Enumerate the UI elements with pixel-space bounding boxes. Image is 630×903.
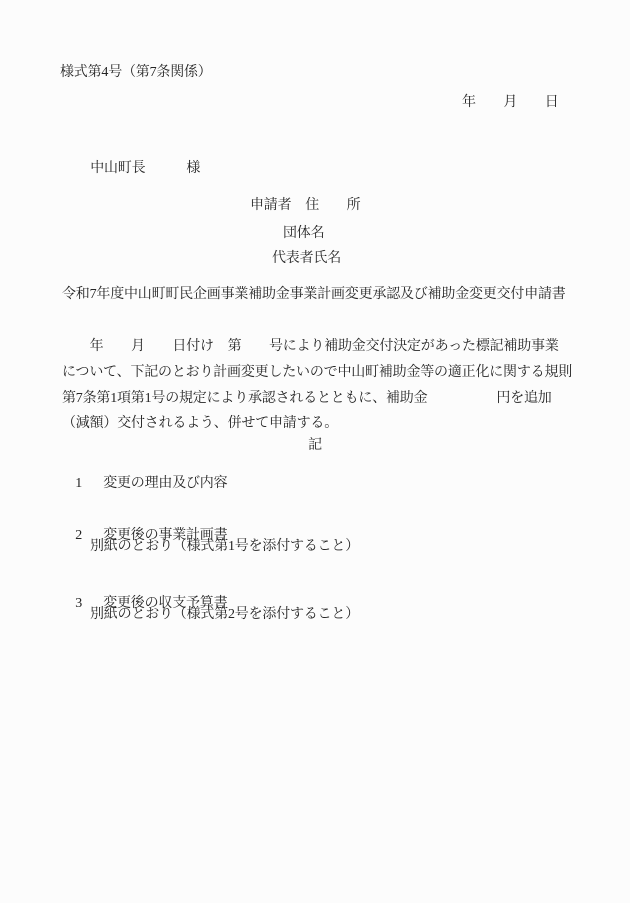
body-paragraph-line-3: 第7条第1項第1号の規定により承認されるとともに、補助金 円を追加 bbox=[62, 391, 552, 406]
body-paragraph-line-2: について、下記のとおり計画変更したいので中山町補助金等の適正化に関する規則 bbox=[62, 365, 572, 380]
applicant-representative-label: 代表者氏名 bbox=[272, 251, 341, 266]
addressee-honorific: 様 bbox=[186, 161, 200, 176]
list-item-2-note: 別紙のとおり（様式第1号を添付すること） bbox=[90, 539, 359, 554]
applicant-organization-label: 団体名 bbox=[283, 226, 324, 241]
document-title: 令和7年度中山町町民企画事業補助金事業計画変更承認及び補助金変更交付申請書 bbox=[62, 287, 566, 302]
addressee-name: 中山町長 bbox=[90, 161, 145, 176]
applicant-address-label: 申請者 住 所 bbox=[250, 198, 360, 213]
form-number-label: 様式第4号（第7条関係） bbox=[60, 65, 212, 80]
list-item-1-label: 変更の理由及び内容 bbox=[103, 476, 227, 491]
record-marker: 記 bbox=[0, 438, 630, 453]
list-item-3-note: 別紙のとおり（様式第2号を添付すること） bbox=[90, 607, 359, 622]
list-item-1: 1変更の理由及び内容 bbox=[62, 461, 227, 507]
date-placeholder: 年 月 日 bbox=[462, 95, 559, 110]
body-paragraph-line-1: 年 月 日付け 第 号により補助金交付決定があった標記補助事業 bbox=[62, 339, 559, 354]
list-item-1-number: 1 bbox=[75, 476, 103, 491]
addressee-line: 中山町長様 bbox=[77, 146, 200, 192]
body-paragraph-line-4: （減額）交付されるよう、併せて申請する。 bbox=[62, 416, 338, 431]
application-form-page: 様式第4号（第7条関係） 年 月 日 中山町長様 申請者 住 所 団体名 代表者… bbox=[0, 0, 630, 903]
